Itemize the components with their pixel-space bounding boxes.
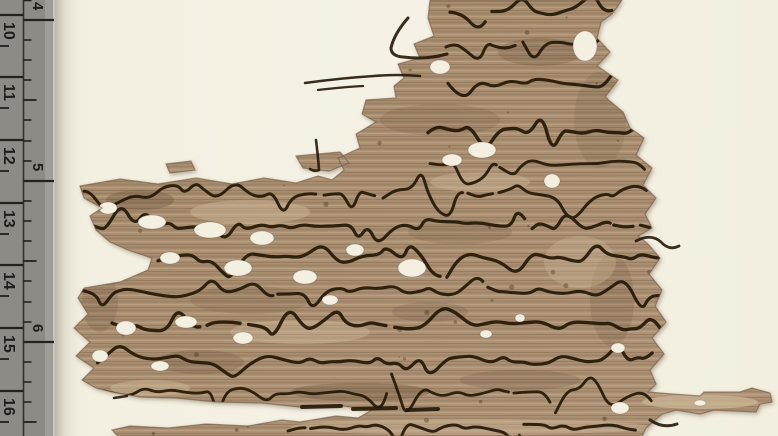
hole	[233, 332, 253, 344]
ruler-cm-label: 10	[0, 22, 17, 40]
hole	[293, 270, 317, 284]
ruler: 10111213141516456	[0, 0, 55, 436]
ruler-inch-label: 6	[29, 324, 46, 332]
hole	[322, 295, 338, 305]
hole	[430, 60, 450, 74]
ruler-cm-label: 12	[0, 147, 17, 165]
hole	[480, 330, 492, 338]
ruler-cm-label: 14	[0, 272, 17, 290]
ruler-shadow	[55, 0, 87, 436]
hole	[194, 222, 226, 238]
hole	[468, 142, 496, 158]
hole	[611, 402, 629, 414]
hole	[116, 321, 136, 335]
hole	[250, 231, 274, 245]
ruler-cm-label: 13	[0, 210, 17, 228]
hole	[224, 260, 252, 276]
hole	[346, 244, 364, 256]
hole	[611, 343, 625, 353]
hole	[573, 31, 597, 61]
hole	[92, 350, 108, 362]
hole	[515, 314, 525, 322]
photo-svg: 10111213141516456	[0, 0, 778, 436]
hole	[694, 400, 706, 406]
hole	[544, 174, 560, 188]
ruler-cm-label: 11	[0, 84, 17, 101]
manuscript-photo: 10111213141516456	[0, 0, 778, 436]
ruler-inch-label: 4	[29, 2, 46, 11]
hole	[160, 252, 180, 264]
ruler-cm-label: 16	[0, 398, 17, 416]
hole	[175, 316, 197, 328]
hole	[442, 154, 462, 166]
hole	[138, 215, 166, 229]
ruler-inch-label: 5	[29, 163, 46, 171]
hole	[151, 361, 169, 371]
hole	[398, 259, 426, 277]
ruler-cm-label: 15	[0, 335, 17, 353]
